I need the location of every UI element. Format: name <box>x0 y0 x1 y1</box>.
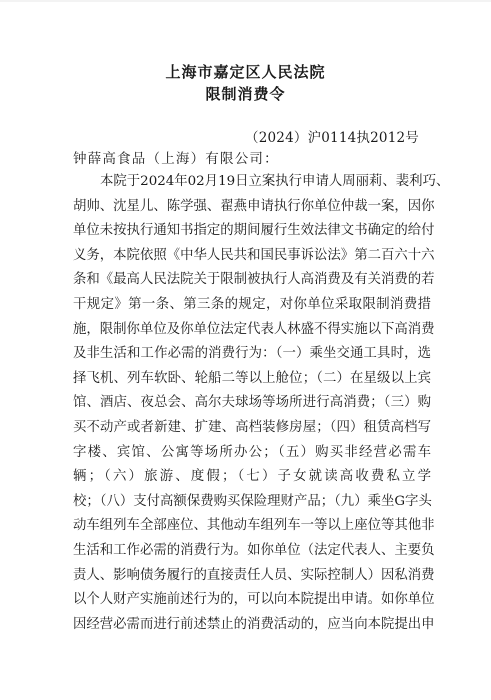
body-line: 本院于2024年02月19日立案执行申请人周丽莉、裴利巧、 <box>73 170 431 195</box>
body-line: 字楼、宾馆、公寓等场所办公；（五）购买非经营必需车 <box>73 441 431 466</box>
body-line: 及非生活和工作必需的消费行为：（一）乘坐交通工具时，选 <box>73 342 431 367</box>
body-line: 买不动产或者新建、扩建、高档装修房屋；（四）租赁高档写 <box>73 416 431 441</box>
addressee: 钟薛高食品（上海）有限公司： <box>73 147 279 167</box>
body-line: 馆、酒店、夜总会、高尔夫球场等场所进行高消费；（三）购 <box>73 391 431 416</box>
case-number: （2024）沪0114执2012号 <box>245 126 419 146</box>
body-line: 单位未按执行通知书指定的期间履行生效法律文书确定的给付 <box>73 219 431 244</box>
body-line: 校；（八）支付高额保费购买保险理财产品；（九）乘坐G字头 <box>73 490 431 515</box>
body-line: 择飞机、列车软卧、轮船二等以上舱位；（二）在星级以上宾 <box>73 367 431 392</box>
body-line: 条和《最高人民法院关于限制被执行人高消费及有关消费的若 <box>73 268 431 293</box>
body-line: 动车组列车全部座位、其他动车组列车一等以上座位等其他非 <box>73 514 431 539</box>
court-name: 上海市嘉定区人民法院 <box>0 61 491 82</box>
document-body: 本院于2024年02月19日立案执行申请人周丽莉、裴利巧、 胡帅、沈星儿、陈学强… <box>73 170 431 637</box>
body-line: 以个人财产实施前述行为的，可以向本院提出申请。如你单位 <box>73 588 431 613</box>
body-line: 辆；（六）旅游、度假；（七）子女就读高收费私立学 <box>73 465 431 490</box>
body-line: 干规定》第一条、第三条的规定，对你单位采取限制消费措 <box>73 293 431 318</box>
body-line: 施，限制你单位及你单位法定代表人林盛不得实施以下高消费 <box>73 318 431 343</box>
document-title: 限制消费令 <box>0 83 491 104</box>
body-line: 胡帅、沈星儿、陈学强、翟燕申请执行你单位仲裁一案，因你 <box>73 195 431 220</box>
body-line: 义务，本院依照《中华人民共和国民事诉讼法》第二百六十六 <box>73 244 431 269</box>
body-line: 生活和工作必需的消费行为。如你单位（法定代表人、主要负 <box>73 539 431 564</box>
body-line: 责人、影响债务履行的直接责任人员、实际控制人）因私消费 <box>73 564 431 589</box>
body-line: 因经营必需而进行前述禁止的消费活动的，应当向本院提出申 <box>73 613 431 638</box>
top-border <box>0 0 491 2</box>
